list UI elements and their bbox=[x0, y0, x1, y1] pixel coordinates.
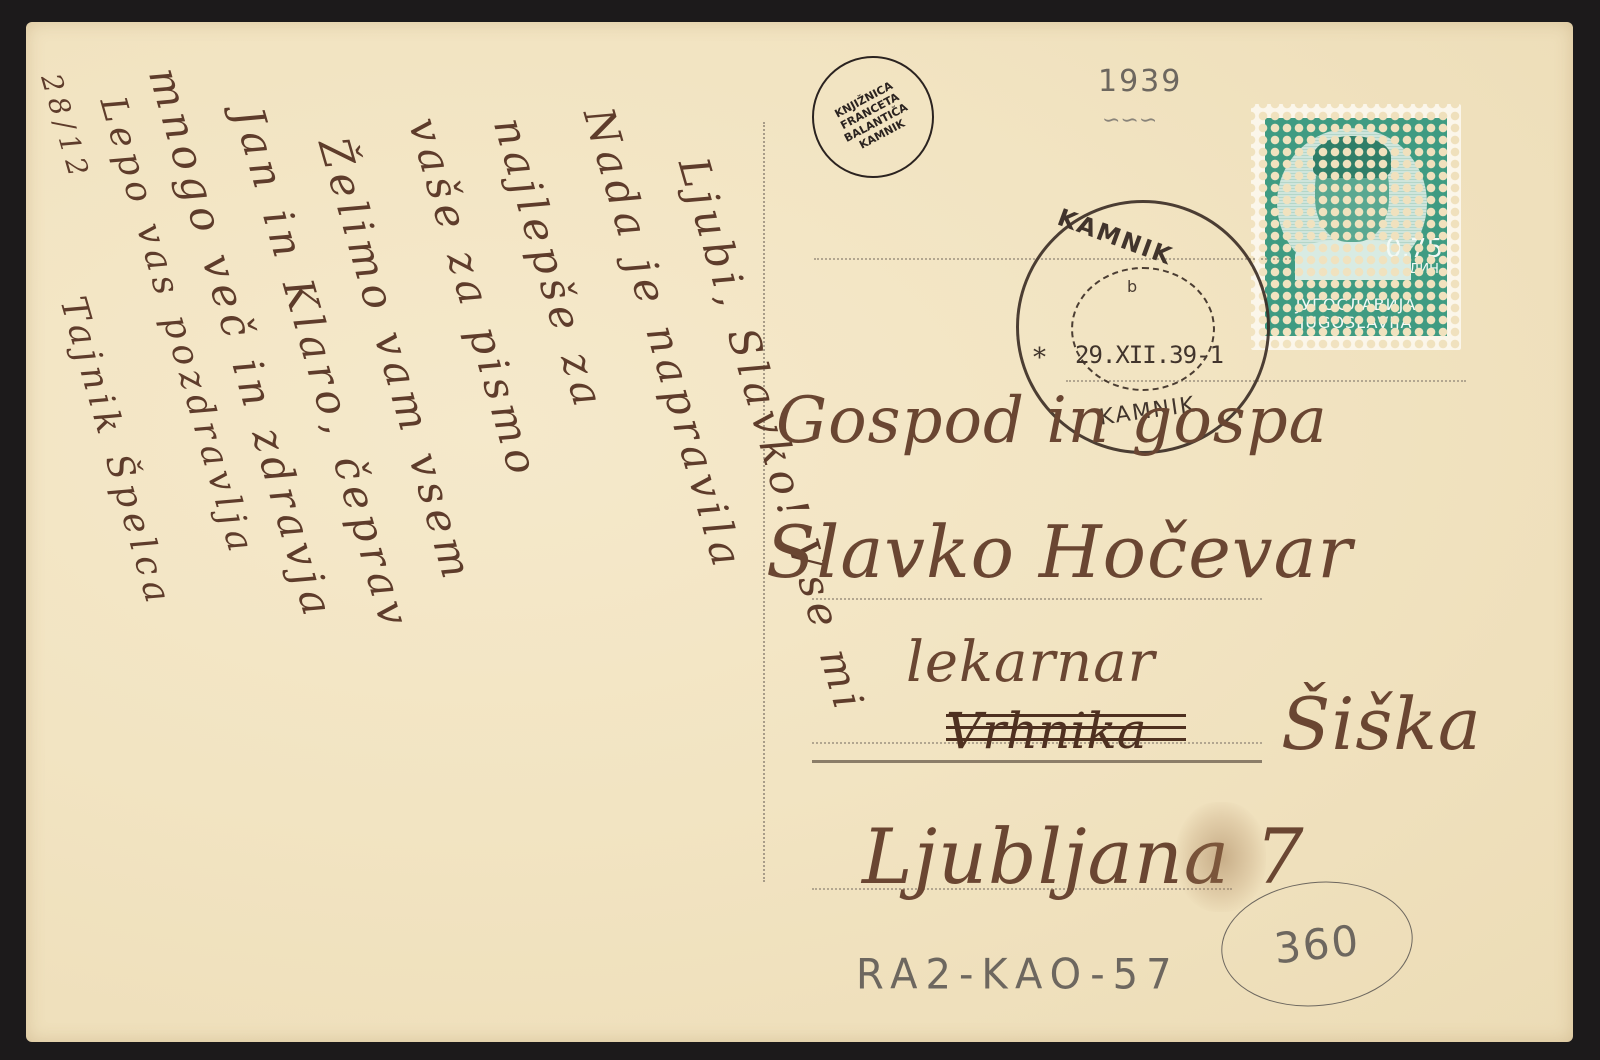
stamp-country-latin: JUGOSLAVIJA bbox=[1265, 314, 1447, 332]
postage-stamp: 0.75 ДИН. ЈУГОСЛАВИЈА JUGOSLAVIJA bbox=[1251, 104, 1461, 350]
ink-stain bbox=[1176, 802, 1266, 912]
strike-line bbox=[946, 726, 1186, 729]
strike-line bbox=[946, 738, 1186, 741]
archive-id: RA2-KAO-57 bbox=[856, 951, 1180, 999]
postcard: Ljubi, Slavko! Vse mi Nada je napravila … bbox=[26, 22, 1573, 1042]
stamp-value: 0.75 bbox=[1385, 236, 1443, 262]
postmark-inner-ring bbox=[1071, 267, 1215, 391]
strike-line bbox=[946, 714, 1186, 717]
message-area: Ljubi, Slavko! Vse mi Nada je napravila … bbox=[36, 62, 756, 1022]
postmark-date: 29.XII.39-1 bbox=[1075, 341, 1223, 369]
message-date: 28/12 bbox=[34, 70, 96, 186]
library-stamp: KNJIŽNICA FRANCETA BALANTIČA KAMNIK bbox=[812, 56, 934, 178]
address-line-2: Slavko Hočevar bbox=[766, 510, 1353, 594]
postmark-sub: b bbox=[1127, 277, 1137, 296]
address-line-3: lekarnar bbox=[906, 630, 1155, 695]
library-stamp-text: KNJIŽNICA FRANCETA BALANTIČA KAMNIK bbox=[830, 78, 916, 157]
postmark-town: KAMNIK bbox=[1054, 203, 1177, 271]
portrait-hair bbox=[1313, 136, 1391, 178]
stamp-country-cyrillic: ЈУГОСЛАВИЈА bbox=[1265, 296, 1447, 314]
struck-town: Vrhnika bbox=[946, 702, 1147, 760]
stamp-unit: ДИН. bbox=[1385, 262, 1443, 277]
catalog-number: 360 bbox=[1272, 915, 1363, 973]
star-icon: * bbox=[1033, 343, 1046, 373]
address-line-1: Gospod in gospa bbox=[776, 384, 1328, 458]
pencil-year: 1939 bbox=[1098, 64, 1182, 99]
stamp-country: ЈУГОСЛАВИЈА JUGOSLAVIJA bbox=[1265, 296, 1447, 332]
address-line bbox=[812, 598, 1262, 600]
squiggle-mark: ∽∽∽ bbox=[1102, 108, 1157, 133]
address-line-4: Šiška bbox=[1281, 682, 1482, 766]
address-line-solid bbox=[812, 760, 1262, 763]
stamp-denomination: 0.75 ДИН. bbox=[1385, 236, 1443, 277]
stamp-design: 0.75 ДИН. ЈУГОСЛАВИЈА JUGOSLAVIJA bbox=[1265, 118, 1447, 336]
